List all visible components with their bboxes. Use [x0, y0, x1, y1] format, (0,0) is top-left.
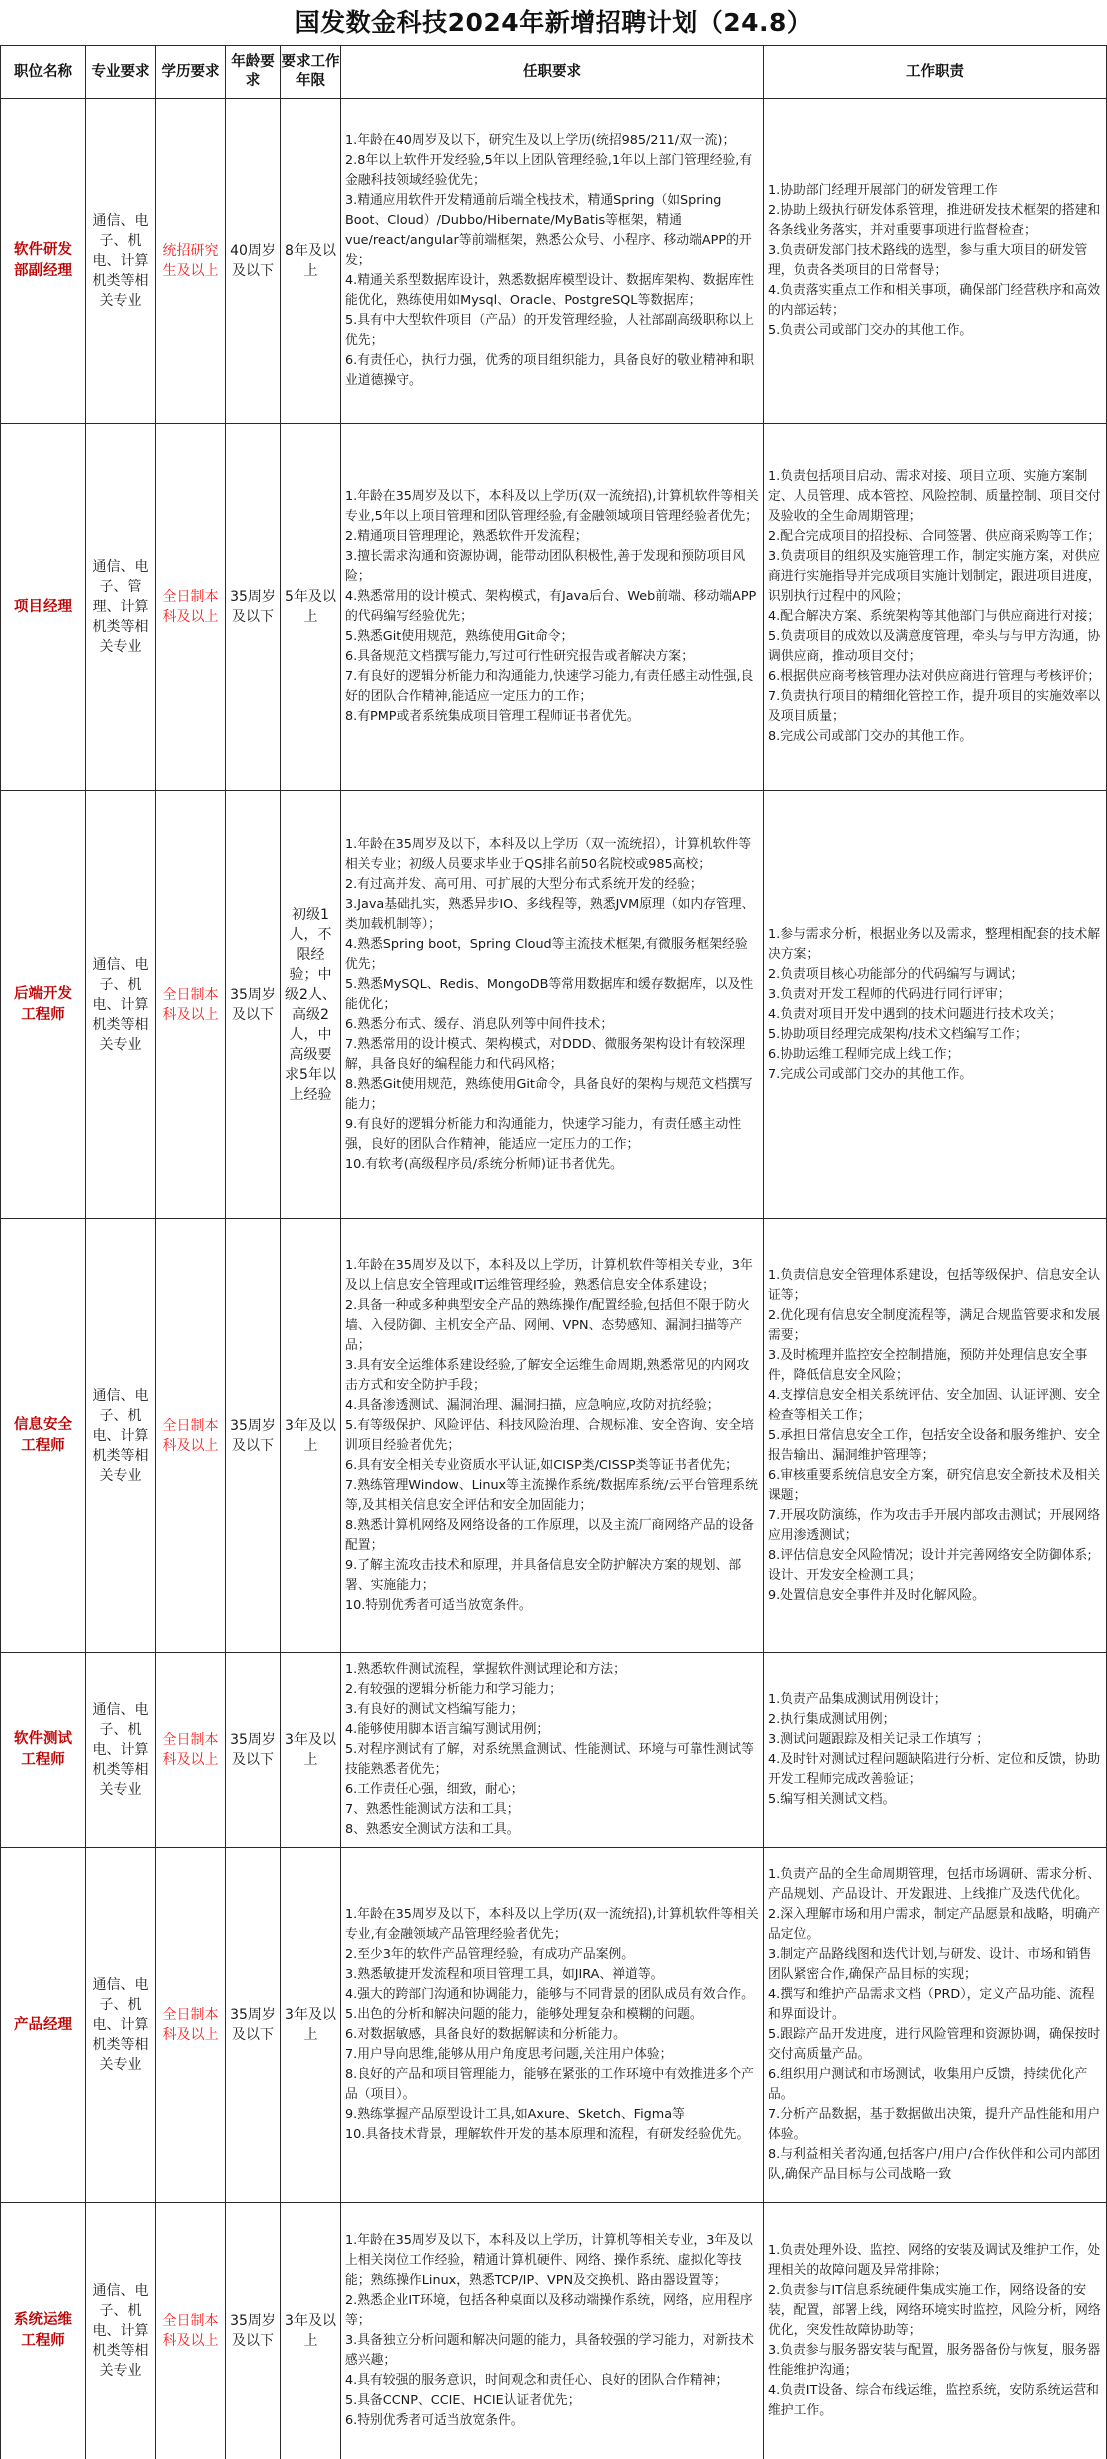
requirement-item: 7.用户导向思维,能够从用户角度思考问题,关注用户体验；	[345, 2045, 759, 2065]
duty-item: 5.协助项目经理完成架构/技术文档编写工作；	[768, 1025, 1102, 1045]
requirement-item: 3.精通应用软件开发精通前后端全栈技术，精通Spring（如Spring Boo…	[345, 191, 759, 271]
duty-item: 4.支撑信息安全相关系统评估、安全加固、认证评测、安全检查等相关工作；	[768, 1386, 1102, 1426]
experience-requirement: 3年及以上	[281, 2203, 341, 2459]
requirement-item: 5.有等级保护、风险评估、科技风险治理、合规标准、安全咨询、安全培训项目经验者优…	[345, 1416, 759, 1456]
requirements-list: 1.年龄在35周岁及以下，本科及以上学历（双一流统招），计算机软件等相关专业；初…	[341, 833, 763, 1177]
requirement-item: 1.年龄在35周岁及以下，本科及以上学历（双一流统招），计算机软件等相关专业；初…	[345, 835, 759, 875]
major-requirement: 通信、电子、机电、计算机类等相关专业	[86, 99, 156, 424]
duty-item: 8.与利益相关者沟通,包括客户/用户/合作伙伴和公司内部团队,确保产品目标与公司…	[768, 2145, 1102, 2185]
age-requirement: 40周岁及以下	[226, 99, 281, 424]
duties-list: 1.负责产品集成测试用例设计；2.执行集成测试用例；3.测试问题跟踪及相关记录工…	[764, 1688, 1106, 1812]
education-requirement: 全日制本科及以上	[156, 424, 226, 791]
major-requirement: 通信、电子、机电、计算机类等相关专业	[86, 1653, 156, 1848]
duties-cell: 1.负责包括项目启动、需求对接、项目立项、实施方案制定、人员管理、成本管控、风险…	[764, 424, 1107, 791]
duties-list: 1.参与需求分析，根据业务以及需求，整理相配套的技术解决方案；2.负责项目核心功…	[764, 923, 1106, 1087]
duty-item: 5.编写相关测试文档。	[768, 1790, 1102, 1810]
requirement-item: 4.熟悉常用的设计模式、架构模式，有Java后台、Web前端、移动端APP的代码…	[345, 587, 759, 627]
requirement-item: 3.具有安全运维体系建设经验,了解安全运维生命周期,熟悉常见的内网攻击方式和安全…	[345, 1356, 759, 1396]
table-row: 信息安全工程师 通信、电子、机电、计算机类等相关专业 全日制本科及以上 35周岁…	[1, 1219, 1107, 1653]
age-requirement: 35周岁及以下	[226, 791, 281, 1219]
requirement-item: 6.具有安全相关专业资质水平认证,如CISP类/CISSP类等证书者优先；	[345, 1456, 759, 1476]
experience-requirement: 3年及以上	[281, 1219, 341, 1653]
experience-requirement: 5年及以上	[281, 424, 341, 791]
duties-cell: 1.参与需求分析，根据业务以及需求，整理相配套的技术解决方案；2.负责项目核心功…	[764, 791, 1107, 1219]
requirement-item: 1.年龄在35周岁及以下，本科及以上学历，计算机等相关专业，3年及以上相关岗位工…	[345, 2231, 759, 2291]
experience-requirement: 8年及以上	[281, 99, 341, 424]
requirement-item: 6.具备规范文档撰写能力,写过可行性研究报告或者解决方案；	[345, 647, 759, 667]
duty-item: 3.制定产品路线图和迭代计划,与研发、设计、市场和销售团队紧密合作,确保产品目标…	[768, 1945, 1102, 1985]
duty-item: 8.完成公司或部门交办的其他工作。	[768, 727, 1102, 747]
requirement-item: 8.熟悉Git使用规范，熟练使用Git命令，具备良好的架构与规范文档撰写能力；	[345, 1075, 759, 1115]
duty-item: 7.完成公司或部门交办的其他工作。	[768, 1065, 1102, 1085]
duty-item: 2.负责项目核心功能部分的代码编写与调试；	[768, 965, 1102, 985]
duty-item: 2.优化现有信息安全制度流程等，满足合规监管要求和发展需要；	[768, 1306, 1102, 1346]
requirements-cell: 1.熟悉软件测试流程，掌握软件测试理论和方法；2.有较强的逻辑分析能力和学习能力…	[341, 1653, 764, 1848]
requirement-item: 2.具备一种或多种典型安全产品的熟练操作/配置经验,包括但不限于防火墙、入侵防御…	[345, 1296, 759, 1356]
requirement-item: 2.8年以上软件开发经验,5年以上团队管理经验,1年以上部门管理经验,有金融科技…	[345, 151, 759, 191]
duty-item: 5.承担日常信息安全工作，包括安全设备和服务维护、安全报告输出、漏洞维护管理等；	[768, 1426, 1102, 1466]
requirement-item: 9.熟练掌握产品原型设计工具,如Axure、Sketch、Figma等	[345, 2105, 759, 2125]
experience-requirement: 3年及以上	[281, 1653, 341, 1848]
requirement-item: 6.工作责任心强，细致，耐心；	[345, 1780, 759, 1800]
requirement-item: 3.有良好的测试文档编写能力；	[345, 1700, 759, 1720]
header-major: 专业要求	[86, 46, 156, 99]
requirement-item: 8.有PMP或者系统集成项目管理工程师证书者优先。	[345, 707, 759, 727]
requirements-list: 1.年龄在35周岁及以下，本科及以上学历，计算机等相关专业，3年及以上相关岗位工…	[341, 2229, 763, 2433]
age-requirement: 35周岁及以下	[226, 424, 281, 791]
requirement-item: 10.有软考(高级程序员/系统分析师)证书者优先。	[345, 1155, 759, 1175]
requirement-item: 4.具备渗透测试、漏洞治理、漏洞扫描，应急响应,攻防对抗经验；	[345, 1396, 759, 1416]
duty-item: 4.配合解决方案、系统架构等其他部门与供应商进行对接；	[768, 607, 1102, 627]
requirement-item: 1.熟悉软件测试流程，掌握软件测试理论和方法；	[345, 1660, 759, 1680]
duty-item: 8.评估信息安全风险情况；设计并完善网络安全防御体系;设计、开发安全检测工具；	[768, 1546, 1102, 1586]
duties-cell: 1.负责产品的全生命周期管理，包括市场调研、需求分析、产品规划、产品设计、开发跟…	[764, 1848, 1107, 2203]
requirement-item: 3.擅长需求沟通和资源协调，能带动团队积极性,善于发现和预防项目风险；	[345, 547, 759, 587]
requirement-item: 1.年龄在35周岁及以下，本科及以上学历，计算机软件等相关专业，3年及以上信息安…	[345, 1256, 759, 1296]
duties-list: 1.负责产品的全生命周期管理，包括市场调研、需求分析、产品规划、产品设计、开发跟…	[764, 1863, 1106, 2187]
requirement-item: 2.至少3年的软件产品管理经验，有成功产品案例。	[345, 1945, 759, 1965]
requirement-item: 5.具备CCNP、CCIE、HCIE认证者优先；	[345, 2391, 759, 2411]
requirement-item: 1.年龄在35周岁及以下，本科及以上学历(双一流统招),计算机软件等相关专业,有…	[345, 1905, 759, 1945]
position-name: 后端开发工程师	[1, 791, 86, 1219]
duties-cell: 1.负责处理外设、监控、网络的安装及调试及维护工作，处理相关的故障问题及异常排除…	[764, 2203, 1107, 2459]
requirement-item: 8.良好的产品和项目管理能力，能够在紧张的工作环境中有效推进多个产品（项目）。	[345, 2065, 759, 2105]
requirement-item: 3.具备独立分析问题和解决问题的能力，具备较强的学习能力，对新技术感兴趣；	[345, 2331, 759, 2371]
recruitment-table: 职位名称 专业要求 学历要求 年龄要求 要求工作年限 任职要求 工作职责 软件研…	[0, 45, 1107, 2459]
duty-item: 4.负责落实重点工作和相关事项，确保部门经营秩序和高效的内部运转；	[768, 281, 1102, 321]
duty-item: 9.处置信息安全事件并及时化解风险。	[768, 1586, 1102, 1606]
major-requirement: 通信、电子、管理、计算机类等相关专业	[86, 424, 156, 791]
duty-item: 2.配合完成项目的招投标、合同签署、供应商采购等工作；	[768, 527, 1102, 547]
duty-item: 2.负责参与IT信息系统硬件集成实施工作，网络设备的安装，配置，部署上线，网络环…	[768, 2281, 1102, 2341]
requirement-item: 4.具有较强的服务意识，时间观念和责任心、良好的团队合作精神；	[345, 2371, 759, 2391]
requirement-item: 2.有较强的逻辑分析能力和学习能力；	[345, 1680, 759, 1700]
duty-item: 1.负责处理外设、监控、网络的安装及调试及维护工作，处理相关的故障问题及异常排除…	[768, 2241, 1102, 2281]
education-requirement: 全日制本科及以上	[156, 2203, 226, 2459]
duty-item: 3.负责研发部门技术路线的选型，参与重大项目的研发管理，负责各类项目的日常督导；	[768, 241, 1102, 281]
duties-list: 1.协助部门经理开展部门的研发管理工作2.协助上级执行研发体系管理，推进研发技术…	[764, 179, 1106, 343]
table-row: 系统运维工程师 通信、电子、机电、计算机类等相关专业 全日制本科及以上 35周岁…	[1, 2203, 1107, 2459]
requirement-item: 4.强大的跨部门沟通和协调能力，能够与不同背景的团队成员有效合作。	[345, 1985, 759, 2005]
requirements-list: 1.年龄在35周岁及以下，本科及以上学历，计算机软件等相关专业，3年及以上信息安…	[341, 1254, 763, 1618]
duty-item: 6.根据供应商考核管理办法对供应商进行管理与考核评价；	[768, 667, 1102, 687]
header-age: 年龄要求	[226, 46, 281, 99]
duty-item: 4.及时针对测试过程问题缺陷进行分析、定位和反馈，协助开发工程师完成改善验证；	[768, 1750, 1102, 1790]
duties-cell: 1.负责产品集成测试用例设计；2.执行集成测试用例；3.测试问题跟踪及相关记录工…	[764, 1653, 1107, 1848]
experience-requirement: 初级1人，不限经验；中级2人、高级2人，中高级要求5年以上经验	[281, 791, 341, 1219]
duty-item: 3.负责对开发工程师的代码进行同行评审；	[768, 985, 1102, 1005]
requirement-item: 4.熟悉Spring boot，Spring Cloud等主流技术框架,有微服务…	[345, 935, 759, 975]
duties-list: 1.负责处理外设、监控、网络的安装及调试及维护工作，处理相关的故障问题及异常排除…	[764, 2239, 1106, 2423]
header-requirements: 任职要求	[341, 46, 764, 99]
requirement-item: 7.熟悉常用的设计模式、架构模式，对DDD、微服务架构设计有较深理解，具备良好的…	[345, 1035, 759, 1075]
position-name: 信息安全工程师	[1, 1219, 86, 1653]
requirement-item: 4.精通关系型数据库设计，熟悉数据库模型设计、数据库架构、数据库性能优化，熟练使…	[345, 271, 759, 311]
requirement-item: 3.Java基础扎实，熟悉异步IO、多线程等，熟悉JVM原理（如内存管理、类加载…	[345, 895, 759, 935]
requirement-item: 7、熟悉性能测试方法和工具；	[345, 1800, 759, 1820]
major-requirement: 通信、电子、机电、计算机类等相关专业	[86, 1219, 156, 1653]
duty-item: 7.负责执行项目的精细化管控工作，提升项目的实施效率以及项目质量；	[768, 687, 1102, 727]
duty-item: 1.负责产品的全生命周期管理，包括市场调研、需求分析、产品规划、产品设计、开发跟…	[768, 1865, 1102, 1905]
duty-item: 2.执行集成测试用例；	[768, 1710, 1102, 1730]
duties-cell: 1.负责信息安全管理体系建设，包括等级保护、信息安全认证等；2.优化现有信息安全…	[764, 1219, 1107, 1653]
position-name: 系统运维工程师	[1, 2203, 86, 2459]
requirement-item: 9.有良好的逻辑分析能力和沟通能力，快速学习能力，有责任感主动性强，良好的团队合…	[345, 1115, 759, 1155]
header-position: 职位名称	[1, 46, 86, 99]
table-row: 软件测试工程师 通信、电子、机电、计算机类等相关专业 全日制本科及以上 35周岁…	[1, 1653, 1107, 1848]
requirements-cell: 1.年龄在35周岁及以下，本科及以上学历(双一流统招),计算机软件等相关专业,有…	[341, 1848, 764, 2203]
major-requirement: 通信、电子、机电、计算机类等相关专业	[86, 2203, 156, 2459]
requirement-item: 5.出色的分析和解决问题的能力，能够处理复杂和模糊的问题。	[345, 2005, 759, 2025]
requirement-item: 6.特别优秀者可适当放宽条件。	[345, 2411, 759, 2431]
age-requirement: 35周岁及以下	[226, 1219, 281, 1653]
major-requirement: 通信、电子、机电、计算机类等相关专业	[86, 1848, 156, 2203]
position-name: 产品经理	[1, 1848, 86, 2203]
major-requirement: 通信、电子、机电、计算机类等相关专业	[86, 791, 156, 1219]
requirement-item: 8、熟悉安全测试方法和工具。	[345, 1820, 759, 1840]
education-requirement: 全日制本科及以上	[156, 791, 226, 1219]
requirement-item: 2.精通项目管理理论，熟悉软件开发流程；	[345, 527, 759, 547]
duty-item: 3.负责参与服务器安装与配置，服务器备份与恢复，服务器性能维护沟通；	[768, 2341, 1102, 2381]
header-education: 学历要求	[156, 46, 226, 99]
table-row: 项目经理 通信、电子、管理、计算机类等相关专业 全日制本科及以上 35周岁及以下…	[1, 424, 1107, 791]
duty-item: 7.开展攻防演练，作为攻击手开展内部攻击测试；开展网络应用渗透测试；	[768, 1506, 1102, 1546]
requirement-item: 2.有过高并发、高可用、可扩展的大型分布式系统开发的经验；	[345, 875, 759, 895]
requirements-cell: 1.年龄在35周岁及以下，本科及以上学历，计算机软件等相关专业，3年及以上信息安…	[341, 1219, 764, 1653]
page-title: 国发数金科技2024年新增招聘计划（24.8）	[0, 0, 1107, 45]
education-requirement: 统招研究生及以上	[156, 99, 226, 424]
requirements-list: 1.年龄在35周岁及以下，本科及以上学历(双一流统招),计算机软件等相关专业,有…	[341, 1903, 763, 2147]
duty-item: 3.及时梳理并监控安全控制措施，预防并处理信息安全事件，降低信息安全风险；	[768, 1346, 1102, 1386]
duty-item: 7.分析产品数据，基于数据做出决策，提升产品性能和用户体验。	[768, 2105, 1102, 2145]
duties-cell: 1.协助部门经理开展部门的研发管理工作2.协助上级执行研发体系管理，推进研发技术…	[764, 99, 1107, 424]
table-row: 软件研发部副经理 通信、电子、机电、计算机类等相关专业 统招研究生及以上 40周…	[1, 99, 1107, 424]
duty-item: 1.负责信息安全管理体系建设，包括等级保护、信息安全认证等；	[768, 1266, 1102, 1306]
position-name: 软件测试工程师	[1, 1653, 86, 1848]
table-row: 后端开发工程师 通信、电子、机电、计算机类等相关专业 全日制本科及以上 35周岁…	[1, 791, 1107, 1219]
requirement-item: 1.年龄在35周岁及以下，本科及以上学历(双一流统招),计算机软件等相关专业,5…	[345, 487, 759, 527]
age-requirement: 35周岁及以下	[226, 1848, 281, 2203]
requirement-item: 4.能够使用脚本语言编写测试用例；	[345, 1720, 759, 1740]
education-requirement: 全日制本科及以上	[156, 1848, 226, 2203]
education-requirement: 全日制本科及以上	[156, 1219, 226, 1653]
requirement-item: 6.对数据敏感，具备良好的数据解读和分析能力。	[345, 2025, 759, 2045]
duty-item: 3.测试问题跟踪及相关记录工作填写 ；	[768, 1730, 1102, 1750]
requirement-item: 2.熟悉企业IT环境，包括各种桌面以及移动端操作系统，网络，应用程序等；	[345, 2291, 759, 2331]
requirement-item: 5.熟悉Git使用规范，熟练使用Git命令；	[345, 627, 759, 647]
duty-item: 4.负责IT设备、综合布线运维，监控系统，安防系统运营和维护工作。	[768, 2381, 1102, 2421]
requirements-list: 1.年龄在35周岁及以下，本科及以上学历(双一流统招),计算机软件等相关专业,5…	[341, 485, 763, 729]
duty-item: 4.负责对项目开发中遇到的技术问题进行技术攻关；	[768, 1005, 1102, 1025]
duty-item: 5.负责项目的成效以及满意度管理，牵头与与甲方沟通，协调供应商，推动项目交付；	[768, 627, 1102, 667]
duty-item: 1.协助部门经理开展部门的研发管理工作	[768, 181, 1102, 201]
requirement-item: 8.熟悉计算机网络及网络设备的工作原理，以及主流厂商网络产品的设备配置；	[345, 1516, 759, 1556]
requirement-item: 6.熟悉分布式、缓存、消息队列等中间件技术；	[345, 1015, 759, 1035]
duty-item: 5.负责公司或部门交办的其他工作。	[768, 321, 1102, 341]
experience-requirement: 3年及以上	[281, 1848, 341, 2203]
requirement-item: 7.熟练管理Window、Linux等主流操作系统/数据库系统/云平台管理系统等…	[345, 1476, 759, 1516]
header-experience: 要求工作年限	[281, 46, 341, 99]
requirement-item: 3.熟悉敏捷开发流程和项目管理工具，如JIRA、禅道等。	[345, 1965, 759, 1985]
requirements-cell: 1.年龄在35周岁及以下，本科及以上学历(双一流统招),计算机软件等相关专业,5…	[341, 424, 764, 791]
requirement-item: 10.具备技术背景，理解软件开发的基本原理和流程，有研发经验优先。	[345, 2125, 759, 2145]
requirement-item: 5.熟悉MySQL、Redis、MongoDB等常用数据库和缓存数据库，以及性能…	[345, 975, 759, 1015]
requirements-list: 1.年龄在40周岁及以下，研究生及以上学历(统招985/211/双一流)；2.8…	[341, 129, 763, 393]
requirement-item: 6.有责任心，执行力强，优秀的项目组织能力，具备良好的敬业精神和职业道德操守。	[345, 351, 759, 391]
header-duties: 工作职责	[764, 46, 1107, 99]
duties-list: 1.负责包括项目启动、需求对接、项目立项、实施方案制定、人员管理、成本管控、风险…	[764, 465, 1106, 749]
duty-item: 6.组织用户测试和市场测试，收集用户反馈，持续优化产品。	[768, 2065, 1102, 2105]
age-requirement: 35周岁及以下	[226, 1653, 281, 1848]
education-requirement: 全日制本科及以上	[156, 1653, 226, 1848]
requirements-list: 1.熟悉软件测试流程，掌握软件测试理论和方法；2.有较强的逻辑分析能力和学习能力…	[341, 1658, 763, 1842]
header-row: 职位名称 专业要求 学历要求 年龄要求 要求工作年限 任职要求 工作职责	[1, 46, 1107, 99]
duty-item: 3.负责项目的组织及实施管理工作，制定实施方案，对供应商进行实施指导并完成项目实…	[768, 547, 1102, 607]
duty-item: 2.深入理解市场和用户需求，制定产品愿景和战略，明确产品定位。	[768, 1905, 1102, 1945]
position-name: 项目经理	[1, 424, 86, 791]
duty-item: 2.协助上级执行研发体系管理，推进研发技术框架的搭建和各条线业务落实，并对重要事…	[768, 201, 1102, 241]
requirements-cell: 1.年龄在35周岁及以下，本科及以上学历，计算机等相关专业，3年及以上相关岗位工…	[341, 2203, 764, 2459]
duty-item: 6.协助运维工程师完成上线工作；	[768, 1045, 1102, 1065]
requirements-cell: 1.年龄在35周岁及以下，本科及以上学历（双一流统招），计算机软件等相关专业；初…	[341, 791, 764, 1219]
requirement-item: 1.年龄在40周岁及以下，研究生及以上学历(统招985/211/双一流)；	[345, 131, 759, 151]
duty-item: 1.负责产品集成测试用例设计；	[768, 1690, 1102, 1710]
duty-item: 1.参与需求分析，根据业务以及需求，整理相配套的技术解决方案；	[768, 925, 1102, 965]
requirement-item: 5.对程序测试有了解，对系统黑盒测试、性能测试、环境与可靠性测试等技能熟悉者优先…	[345, 1740, 759, 1780]
requirement-item: 10.特别优秀者可适当放宽条件。	[345, 1596, 759, 1616]
requirement-item: 5.具有中大型软件项目（产品）的开发管理经验，人社部副高级职称以上优先；	[345, 311, 759, 351]
duties-list: 1.负责信息安全管理体系建设，包括等级保护、信息安全认证等；2.优化现有信息安全…	[764, 1264, 1106, 1608]
duty-item: 1.负责包括项目启动、需求对接、项目立项、实施方案制定、人员管理、成本管控、风险…	[768, 467, 1102, 527]
duty-item: 6.审核重要系统信息安全方案，研究信息安全新技术及相关课题；	[768, 1466, 1102, 1506]
age-requirement: 35周岁及以下	[226, 2203, 281, 2459]
duty-item: 4.撰写和维护产品需求文档（PRD），定义产品功能、流程和界面设计。	[768, 1985, 1102, 2025]
requirement-item: 7.有良好的逻辑分析能力和沟通能力,快速学习能力,有责任感主动性强,良好的团队合…	[345, 667, 759, 707]
requirement-item: 9.了解主流攻击技术和原理，并具备信息安全防护解决方案的规划、部署、实施能力；	[345, 1556, 759, 1596]
requirements-cell: 1.年龄在40周岁及以下，研究生及以上学历(统招985/211/双一流)；2.8…	[341, 99, 764, 424]
position-name: 软件研发部副经理	[1, 99, 86, 424]
table-row: 产品经理 通信、电子、机电、计算机类等相关专业 全日制本科及以上 35周岁及以下…	[1, 1848, 1107, 2203]
duty-item: 5.跟踪产品开发进度，进行风险管理和资源协调，确保按时交付高质量产品。	[768, 2025, 1102, 2065]
